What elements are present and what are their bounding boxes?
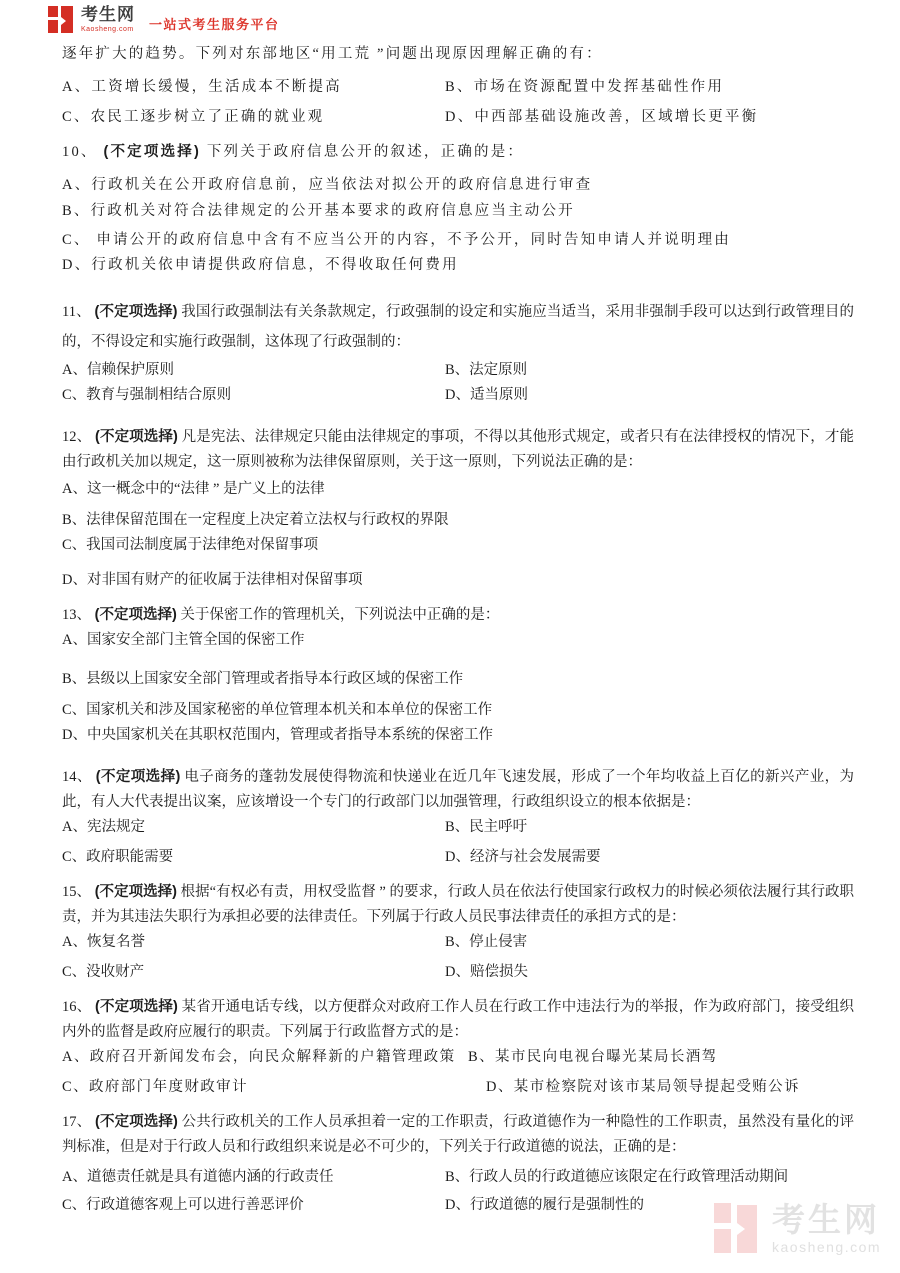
- question-10-stem: 10、 (不定项选择) 下列关于政府信息公开的叙述，正确的是：: [62, 142, 854, 162]
- question-17-option-d: D、行政道德的履行是强制性的: [445, 1195, 644, 1215]
- kaosheng-watermark: 考生网 kaosheng.com: [714, 1203, 881, 1255]
- question-number: 13、: [62, 607, 91, 623]
- question-15-options-row-1: A、恢复名誉 B、停止侵害: [62, 932, 854, 952]
- kaosheng-watermark-icon: [714, 1203, 760, 1253]
- question-16-option-a: A、政府召开新闻发布会，向民众解释新的户籍管理政策: [62, 1047, 468, 1067]
- question-15-option-a: A、恢复名誉: [62, 932, 445, 952]
- question-type-tag: (不定项选择): [95, 304, 178, 320]
- question-14-option-a: A、宪法规定: [62, 817, 445, 837]
- question-type-tag: (不定项选择): [103, 144, 201, 160]
- question-17-options-row-1: A、道德责任就是具有道德内涵的行政责任 B、行政人员的行政道德应该限定在行政管理…: [62, 1167, 854, 1187]
- question-16-options-row-2: C、政府部门年度财政审计 D、某市检察院对该市某局领导提起受贿公诉: [62, 1077, 854, 1097]
- question-10-option-c: C、 申请公开的政府信息中含有不应当公开的内容，不予公开，同时告知申请人并说明理…: [62, 230, 854, 250]
- question-16-stem: 16、 (不定项选择) 某省开通电话专线，以方便群众对政府工作人员在行政工作中违…: [62, 995, 854, 1045]
- question-10-option-a: A、行政机关在公开政府信息前，应当依法对拟公开的政府信息进行审查: [62, 175, 854, 195]
- question-17-stem: 17、 (不定项选择) 公共行政机关的工作人员承担着一定的工作职责，行政道德作为…: [62, 1110, 854, 1160]
- question-13-option-b: B、县级以上国家安全部门管理或者指导本行政区域的保密工作: [62, 669, 854, 689]
- question-9-option-b: B、市场在资源配置中发挥基础性作用: [445, 77, 724, 97]
- question-type-tag: (不定项选择): [96, 769, 181, 785]
- question-12-option-a: A、这一概念中的“法律 ” 是广义上的法律: [62, 479, 854, 499]
- question-15-options-row-2: C、没收财产 D、赔偿损失: [62, 962, 854, 982]
- exam-content: 逐年扩大的趋势。下列对东部地区“用工荒 ”问题出现原因理解正确的有： A、工资增…: [62, 44, 854, 1215]
- question-10-option-d: D、行政机关依申请提供政府信息，不得收取任何费用: [62, 255, 854, 275]
- question-9-options-row-1: A、工资增长缓慢，生活成本不断提高 B、市场在资源配置中发挥基础性作用: [62, 77, 854, 97]
- question-9-continuation: 逐年扩大的趋势。下列对东部地区“用工荒 ”问题出现原因理解正确的有：: [62, 44, 854, 64]
- question-14-option-c: C、政府职能需要: [62, 847, 445, 867]
- question-11-option-c: C、教育与强制相结合原则: [62, 385, 445, 405]
- question-13-option-c: C、国家机关和涉及国家秘密的单位管理本机关和本单位的保密工作: [62, 700, 854, 720]
- logo-title: 考生网: [81, 5, 135, 24]
- question-text: 电子商务的蓬勃发展使得物流和快递业在近几年飞速发展，形成了一个年均收益上百亿的新…: [62, 769, 854, 810]
- question-text: 根据“有权必有责，用权受监督 ” 的要求，行政人员在依法行使国家行政权力的时候必…: [62, 884, 854, 925]
- question-13-stem: 13、 (不定项选择) 关于保密工作的管理机关，下列说法中正确的是：: [62, 605, 854, 625]
- question-11-options-row-2: C、教育与强制相结合原则 D、适当原则: [62, 385, 854, 405]
- question-11-option-a: A、信赖保护原则: [62, 360, 445, 380]
- question-number: 10、: [62, 144, 98, 160]
- question-15-option-c: C、没收财产: [62, 962, 445, 982]
- question-14-option-b: B、民主呼吁: [445, 817, 527, 837]
- question-16-option-b: B、某市民向电视台曝光某局长酒驾: [468, 1047, 718, 1067]
- question-number: 16、: [62, 999, 91, 1015]
- question-9-options-row-2: C、农民工逐步树立了正确的就业观 D、中西部基础设施改善，区域增长更平衡: [62, 107, 854, 127]
- question-text: 我国行政强制法有关条款规定，行政强制的设定和实施应当适当，采用非强制手段可以达到…: [62, 304, 854, 350]
- question-text: 下列关于政府信息公开的叙述，正确的是：: [207, 144, 524, 160]
- document-page: 考生网 Kaosheng.com 一站式考生服务平台 逐年扩大的趋势。下列对东部…: [0, 0, 900, 1273]
- question-16-option-c: C、政府部门年度财政审计: [62, 1077, 486, 1097]
- question-text: 公共行政机关的工作人员承担着一定的工作职责，行政道德作为一种隐性的工作职责，虽然…: [62, 1114, 854, 1155]
- watermark-title: 考生网: [772, 1203, 881, 1236]
- question-type-tag: (不定项选择): [95, 999, 178, 1015]
- question-number: 17、: [62, 1114, 91, 1130]
- kaosheng-watermark-text: 考生网 kaosheng.com: [772, 1203, 881, 1255]
- question-type-tag: (不定项选择): [95, 607, 177, 623]
- question-12-option-c: C、我国司法制度属于法律绝对保留事项: [62, 535, 854, 555]
- logo-domain: Kaosheng.com: [81, 26, 135, 33]
- question-number: 12、: [62, 429, 91, 445]
- question-type-tag: (不定项选择): [95, 1114, 178, 1130]
- question-11-stem: 11、 (不定项选择) 我国行政强制法有关条款规定，行政强制的设定和实施应当适当…: [62, 297, 854, 357]
- question-16-option-d: D、某市检察院对该市某局领导提起受贿公诉: [486, 1077, 800, 1097]
- question-9-option-a: A、工资增长缓慢，生活成本不断提高: [62, 77, 445, 97]
- question-text: 关于保密工作的管理机关，下列说法中正确的是：: [180, 607, 499, 623]
- site-header: 考生网 Kaosheng.com 一站式考生服务平台: [48, 6, 280, 33]
- question-11-option-d: D、适当原则: [445, 385, 528, 405]
- question-17-option-c: C、行政道德客观上可以进行善恶评价: [62, 1195, 445, 1215]
- question-type-tag: (不定项选择): [95, 429, 178, 445]
- question-text: 凡是宪法、法律规定只能由法律规定的事项，不得以其他形式规定，或者只有在法律授权的…: [62, 429, 854, 470]
- question-9-option-c: C、农民工逐步树立了正确的就业观: [62, 107, 445, 127]
- question-17-option-a: A、道德责任就是具有道德内涵的行政责任: [62, 1167, 445, 1187]
- kaosheng-logo-icon: [48, 6, 75, 33]
- question-11-options-row-1: A、信赖保护原则 B、法定原则: [62, 360, 854, 380]
- question-13-option-a: A、国家安全部门主管全国的保密工作: [62, 630, 854, 650]
- question-14-stem: 14、 (不定项选择) 电子商务的蓬勃发展使得物流和快递业在近几年飞速发展，形成…: [62, 765, 854, 815]
- question-15-option-b: B、停止侵害: [445, 932, 527, 952]
- question-type-tag: (不定项选择): [95, 884, 177, 900]
- question-13-option-d: D、中央国家机关在其职权范围内，管理或者指导本系统的保密工作: [62, 725, 854, 745]
- question-15-option-d: D、赔偿损失: [445, 962, 528, 982]
- logo-tagline: 一站式考生服务平台: [149, 14, 280, 33]
- question-14-options-row-2: C、政府职能需要 D、经济与社会发展需要: [62, 847, 854, 867]
- question-12-option-d: D、对非国有财产的征收属于法律相对保留事项: [62, 570, 854, 590]
- question-number: 11、: [62, 304, 91, 320]
- question-number: 15、: [62, 884, 91, 900]
- question-text: 某省开通电话专线，以方便群众对政府工作人员在行政工作中违法行为的举报，作为政府部…: [62, 999, 854, 1040]
- question-16-options-row-1: A、政府召开新闻发布会，向民众解释新的户籍管理政策 B、某市民向电视台曝光某局长…: [62, 1047, 854, 1067]
- question-number: 14、: [62, 769, 92, 785]
- question-14-options-row-1: A、宪法规定 B、民主呼吁: [62, 817, 854, 837]
- question-10-option-b: B、行政机关对符合法律规定的公开基本要求的政府信息应当主动公开: [62, 201, 854, 221]
- question-12-option-b: B、法律保留范围在一定程度上决定着立法权与行政权的界限: [62, 510, 854, 530]
- watermark-domain: kaosheng.com: [772, 1239, 881, 1255]
- question-9-option-d: D、中西部基础设施改善，区域增长更平衡: [445, 107, 758, 127]
- question-11-option-b: B、法定原则: [445, 360, 527, 380]
- question-14-option-d: D、经济与社会发展需要: [445, 847, 600, 867]
- kaosheng-logo: 考生网 Kaosheng.com: [81, 6, 135, 33]
- question-17-option-b: B、行政人员的行政道德应该限定在行政管理活动期间: [445, 1167, 788, 1187]
- question-15-stem: 15、 (不定项选择) 根据“有权必有责，用权受监督 ” 的要求，行政人员在依法…: [62, 880, 854, 930]
- question-12-stem: 12、 (不定项选择) 凡是宪法、法律规定只能由法律规定的事项，不得以其他形式规…: [62, 425, 854, 475]
